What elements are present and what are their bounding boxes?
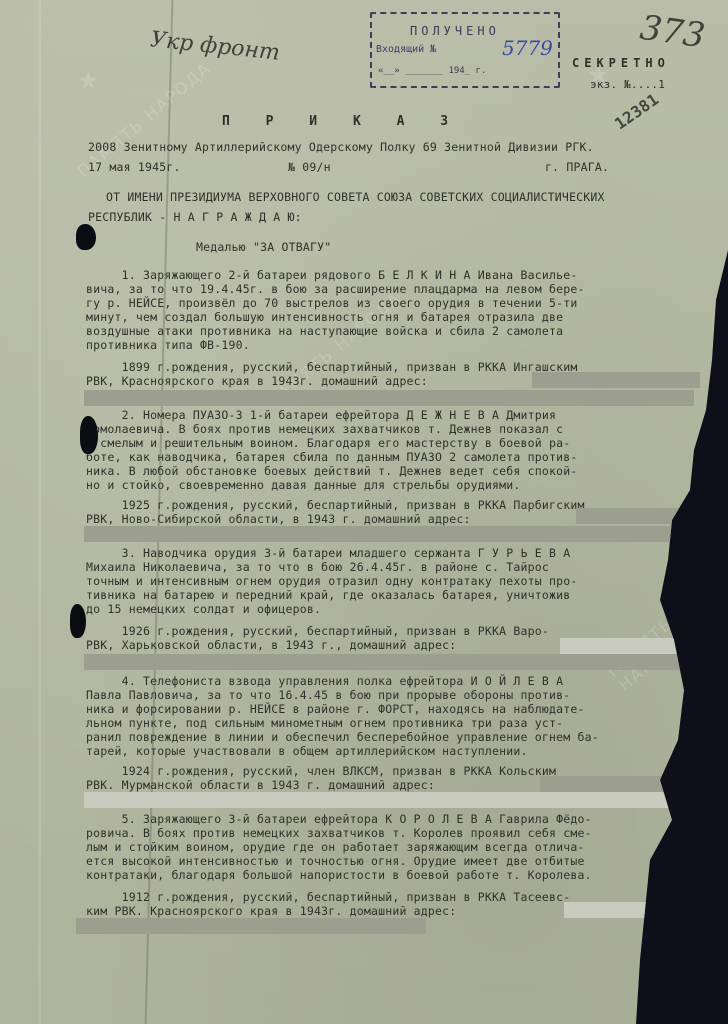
order-number: № 09/н: [288, 160, 331, 174]
award-text-line: 1. Заряжающего 2-й батареи рядового Б Е …: [86, 268, 578, 282]
award-text-line: Михаила Николаевича, за то что в бою 26.…: [86, 560, 549, 574]
punch-hole: [70, 604, 86, 638]
paper-fold: [38, 0, 41, 1024]
award-bio-line: 1924 г.рождения, русский, член ВЛКСМ, пр…: [86, 764, 556, 778]
award-text-line: контратаки, благодаря большой напористос…: [86, 868, 592, 882]
redacted-address: [84, 390, 694, 406]
award-bio-line: РВК, Ново-Сибирской области, в 1943 г. д…: [86, 512, 471, 526]
award-text-line: ника и форсировании р. НЕЙСЕ в районе г.…: [86, 702, 585, 716]
award-bio-line: 1926 г.рождения, русский, беспартийный, …: [86, 624, 549, 638]
redacted-address: [540, 776, 690, 792]
award-bio-line: 1912 г.рождения, русский, беспартийный, …: [86, 890, 570, 904]
award-bio-line: 1899 г.рождения, русский, беспартийный, …: [86, 360, 578, 374]
award-text-line: ника. В любой обстановке боевых действий…: [86, 464, 578, 478]
award-text-line: воздушные атаки противника на наступающи…: [86, 324, 563, 338]
award-text-line: Ермолаевича. В боях против немецких захв…: [86, 422, 563, 436]
award-text-line: лым и стойким воином, орудие где он рабо…: [86, 840, 585, 854]
redacted-address: [84, 792, 684, 808]
award-text-line: ранил повреждение в линии и обеспечил бе…: [86, 730, 599, 744]
award-bio-line: РВК, Красноярского края в 1943г. домашни…: [86, 374, 428, 388]
secret-label: СЕКРЕТНО: [572, 56, 670, 70]
redacted-address: [84, 654, 684, 670]
award-bio-line: РВК. Мурманской области в 1943 г. домашн…: [86, 778, 435, 792]
award-text-line: 4. Телефониста взвода управления полка е…: [86, 674, 563, 688]
award-text-line: гу р. НЕЙСЕ, произвёл до 70 выстрелов из…: [86, 296, 578, 310]
award-text-line: противника типа ФВ-190.: [86, 338, 250, 352]
redacted-address: [564, 902, 664, 918]
redacted-address: [532, 372, 700, 388]
award-text-line: 3. Наводчика орудия 3-й батареи младшего…: [86, 546, 570, 560]
order-place: г. ПРАГА.: [545, 160, 609, 174]
redacted-address: [76, 918, 426, 934]
redacted-address: [560, 638, 690, 654]
order-date: 17 мая 1945г.: [88, 160, 181, 174]
preamble-line-2: РЕСПУБЛИК - Н А Г Р А Ж Д А Ю:: [88, 210, 302, 224]
incoming-number: 5779: [502, 36, 553, 60]
received-date-line: «__» _______ 194_ г.: [378, 66, 486, 76]
award-text-line: 5. Заряжающего 3-й батареи ефрейтора К О…: [86, 812, 592, 826]
award-text-line: тарей, которые участвовали в общем артил…: [86, 744, 528, 758]
punch-hole: [80, 416, 98, 454]
received-stamp: ПОЛУЧЕНО Входящий № 5779 «__» _______ 19…: [370, 12, 560, 88]
watermark-star-icon: ★: [78, 58, 98, 98]
copy-number: экз. №....1: [590, 78, 665, 91]
handwritten-sheet-number: 373: [638, 8, 708, 57]
award-text-line: тивника на батарею и передний край, где …: [86, 588, 570, 602]
award-bio-line: РВК, Харьковской области, в 1943 г., дом…: [86, 638, 456, 652]
award-text-line: до 15 немецких солдат и офицеров.: [86, 602, 321, 616]
award-text-line: ется высокой интенсивностью и точностью …: [86, 854, 585, 868]
medal-name: Медалью "ЗА ОТВАГУ": [196, 240, 331, 254]
received-stamp-title: ПОЛУЧЕНО: [410, 24, 500, 38]
punch-hole: [76, 224, 96, 250]
incoming-label: Входящий №: [376, 44, 436, 55]
redacted-address: [84, 526, 704, 542]
award-text-line: 2. Номера ПУАЗО-3 1-й батареи ефрейтора …: [86, 408, 556, 422]
award-text-line: минут, чем создал большую интенсивность …: [86, 310, 563, 324]
award-text-line: льном пункте, под сильным минометным огн…: [86, 716, 563, 730]
redacted-address: [576, 508, 710, 524]
award-text-line: но и стойко, своевременно давая данные д…: [86, 478, 521, 492]
document-title: П Р И К А З: [222, 114, 462, 129]
archive-number: 12381: [611, 90, 662, 134]
award-text-line: боте, как наводчика, батарея сбила по да…: [86, 450, 578, 464]
document-page: ★ ★ ПАМЯТЬ НАРОДА ПАМЯТЬ НАРОДА ПАМЯТЬ Н…: [0, 0, 728, 1024]
award-text-line: вича, за то что 19.4.45г. в бою за расши…: [86, 282, 585, 296]
preamble-line-1: ОТ ИМЕНИ ПРЕЗИДИУМА ВЕРХОВНОГО СОВЕТА СО…: [106, 190, 605, 204]
award-bio-line: ким РВК. Красноярского края в 1943г. дом…: [86, 904, 456, 918]
award-text-line: ровича. В боях против немецких захватчик…: [86, 826, 592, 840]
award-bio-line: 1925 г.рождения, русский, беспартийный, …: [86, 498, 585, 512]
addressee: 2008 Зенитному Артиллерийскому Одерскому…: [88, 140, 594, 154]
award-text-line: точным и интенсивным огнем орудия отрази…: [86, 574, 578, 588]
award-text-line: я смелым и решительным воином. Благодаря…: [86, 436, 570, 450]
award-text-line: Павла Павловича, за то что 16.4.45 в бою…: [86, 688, 570, 702]
